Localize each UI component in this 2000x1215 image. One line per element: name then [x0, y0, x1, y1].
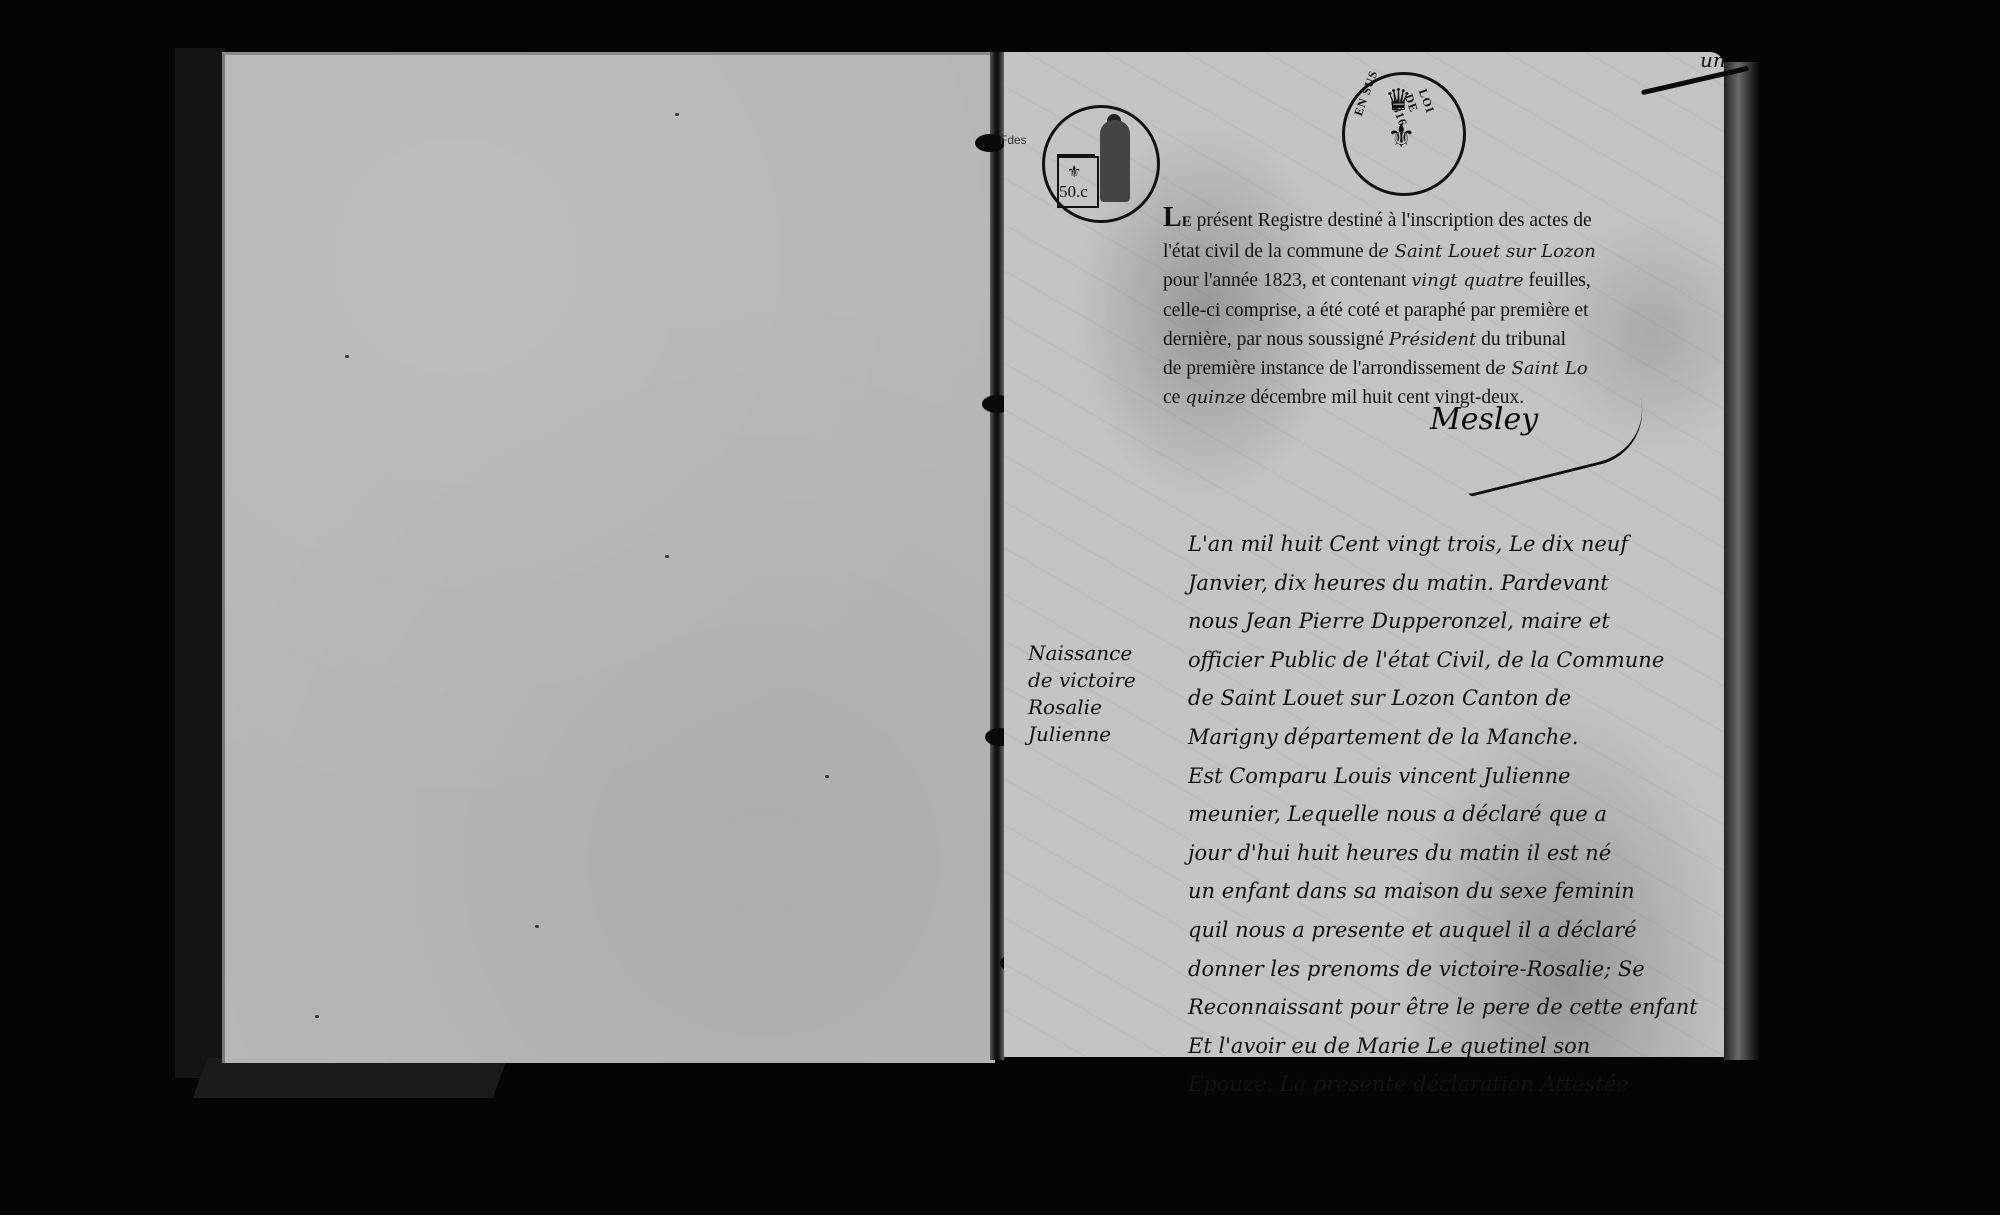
entry-line: Marigny département de la Manche. — [1188, 718, 1728, 757]
handwritten-fill: e Saint Lo — [1495, 358, 1588, 379]
left-page-blank — [222, 52, 995, 1063]
printed-line-4: celle-ci comprise, a été coté et paraphé… — [1163, 296, 1693, 325]
fleur-de-lis-icon: ⚜ — [1067, 162, 1081, 182]
entry-line: quil nous a presente et auquel il a décl… — [1188, 911, 1728, 950]
page-tab-label: Fdes — [1000, 133, 1027, 147]
book-edge-right — [1724, 62, 1760, 1060]
entry-line: Est Comparu Louis vincent Julienne — [1188, 757, 1728, 796]
printed-text: feuilles, — [1524, 270, 1591, 291]
handwritten-fill: e Saint Louet sur Lozon — [1378, 241, 1596, 262]
printed-text: du tribunal — [1476, 329, 1566, 350]
book-cover-bottom — [193, 1058, 508, 1098]
entry-line: jour d'hui huit heures du matin il est n… — [1188, 834, 1728, 873]
handwritten-fill: vingt quatre — [1411, 270, 1523, 291]
paper-speck — [315, 1015, 319, 1018]
paper-speck — [345, 355, 349, 358]
printed-text: l'état civil de la commune d — [1163, 241, 1378, 262]
printed-line-1: LE présent Registre destiné à l'inscript… — [1163, 203, 1693, 237]
entry-line: L'an mil huit Cent vingt trois, Le dix n… — [1188, 525, 1728, 564]
printed-text: dernière, par nous soussigné — [1163, 329, 1389, 350]
printed-text: ce — [1163, 387, 1185, 408]
birth-record-entry: L'an mil huit Cent vingt trois, Le dix n… — [1188, 525, 1728, 1104]
paper-speck — [665, 555, 669, 558]
paper-speck — [535, 925, 539, 928]
paper-speck — [825, 775, 829, 778]
paper-speck — [675, 113, 679, 116]
printed-line-3: pour l'année 1823, et contenant vingt qu… — [1163, 266, 1693, 295]
scales-icon — [1057, 146, 1095, 156]
margin-note: Naissance de victoire Rosalie Julienne — [1028, 640, 1136, 748]
book-spine — [990, 52, 1004, 1060]
royal-tax-stamp-icon: ♛ ⚜ EN SUS LOI DE 1816 — [1342, 72, 1466, 196]
printed-text: celle-ci comprise, a été coté et paraphé… — [1163, 300, 1589, 321]
entry-line: officier Public de l'état Civil, de la C… — [1188, 641, 1728, 680]
margin-note-line: de victoire — [1028, 667, 1136, 694]
handwritten-fill: quinze — [1185, 387, 1246, 408]
entry-line: un enfant dans sa maison du sexe feminin — [1188, 872, 1728, 911]
printed-line-6: de première instance de l'arrondissement… — [1163, 354, 1693, 383]
printed-line-5: dernière, par nous soussigné Président d… — [1163, 325, 1693, 354]
printed-line-2: l'état civil de la commune de Saint Loue… — [1163, 237, 1693, 266]
drop-cap: L — [1163, 202, 1182, 233]
justice-figure-icon — [1100, 120, 1130, 202]
stamp-value: 50.c — [1059, 182, 1088, 202]
entry-line: meunier, Lequelle nous a déclaré que a — [1188, 795, 1728, 834]
margin-note-line: Naissance — [1028, 640, 1136, 667]
margin-note-line: Julienne — [1028, 721, 1136, 748]
entry-line: de Saint Louet sur Lozon Canton de — [1188, 679, 1728, 718]
entry-line: Epouze. La presente déclaration Attestée — [1188, 1065, 1728, 1104]
entry-line: donner les prenoms de victoire-Rosalie; … — [1188, 950, 1728, 989]
book-cover-left — [175, 48, 225, 1078]
printed-text: présent Registre destiné à l'inscription… — [1192, 210, 1592, 231]
entry-line: Janvier, dix heures du matin. Pardevant — [1188, 564, 1728, 603]
handwritten-fill: Président — [1389, 329, 1476, 350]
entry-line: nous Jean Pierre Dupperonzel, maire et — [1188, 602, 1728, 641]
margin-note-line: Rosalie — [1028, 694, 1136, 721]
entry-line: Et l'avoir eu de Marie Le quetinel son — [1188, 1027, 1728, 1066]
folio-number: un — [1700, 48, 1726, 72]
small-caps: E — [1182, 214, 1192, 230]
printed-header: LE présent Registre destiné à l'inscript… — [1163, 203, 1693, 412]
justice-stamp-icon: ⚜ 50.c — [1042, 105, 1160, 223]
printed-text: pour l'année 1823, et contenant — [1163, 270, 1411, 291]
printed-text: de première instance de l'arrondissement… — [1163, 358, 1495, 379]
entry-line: Reconnaissant pour être le pere de cette… — [1188, 988, 1728, 1027]
